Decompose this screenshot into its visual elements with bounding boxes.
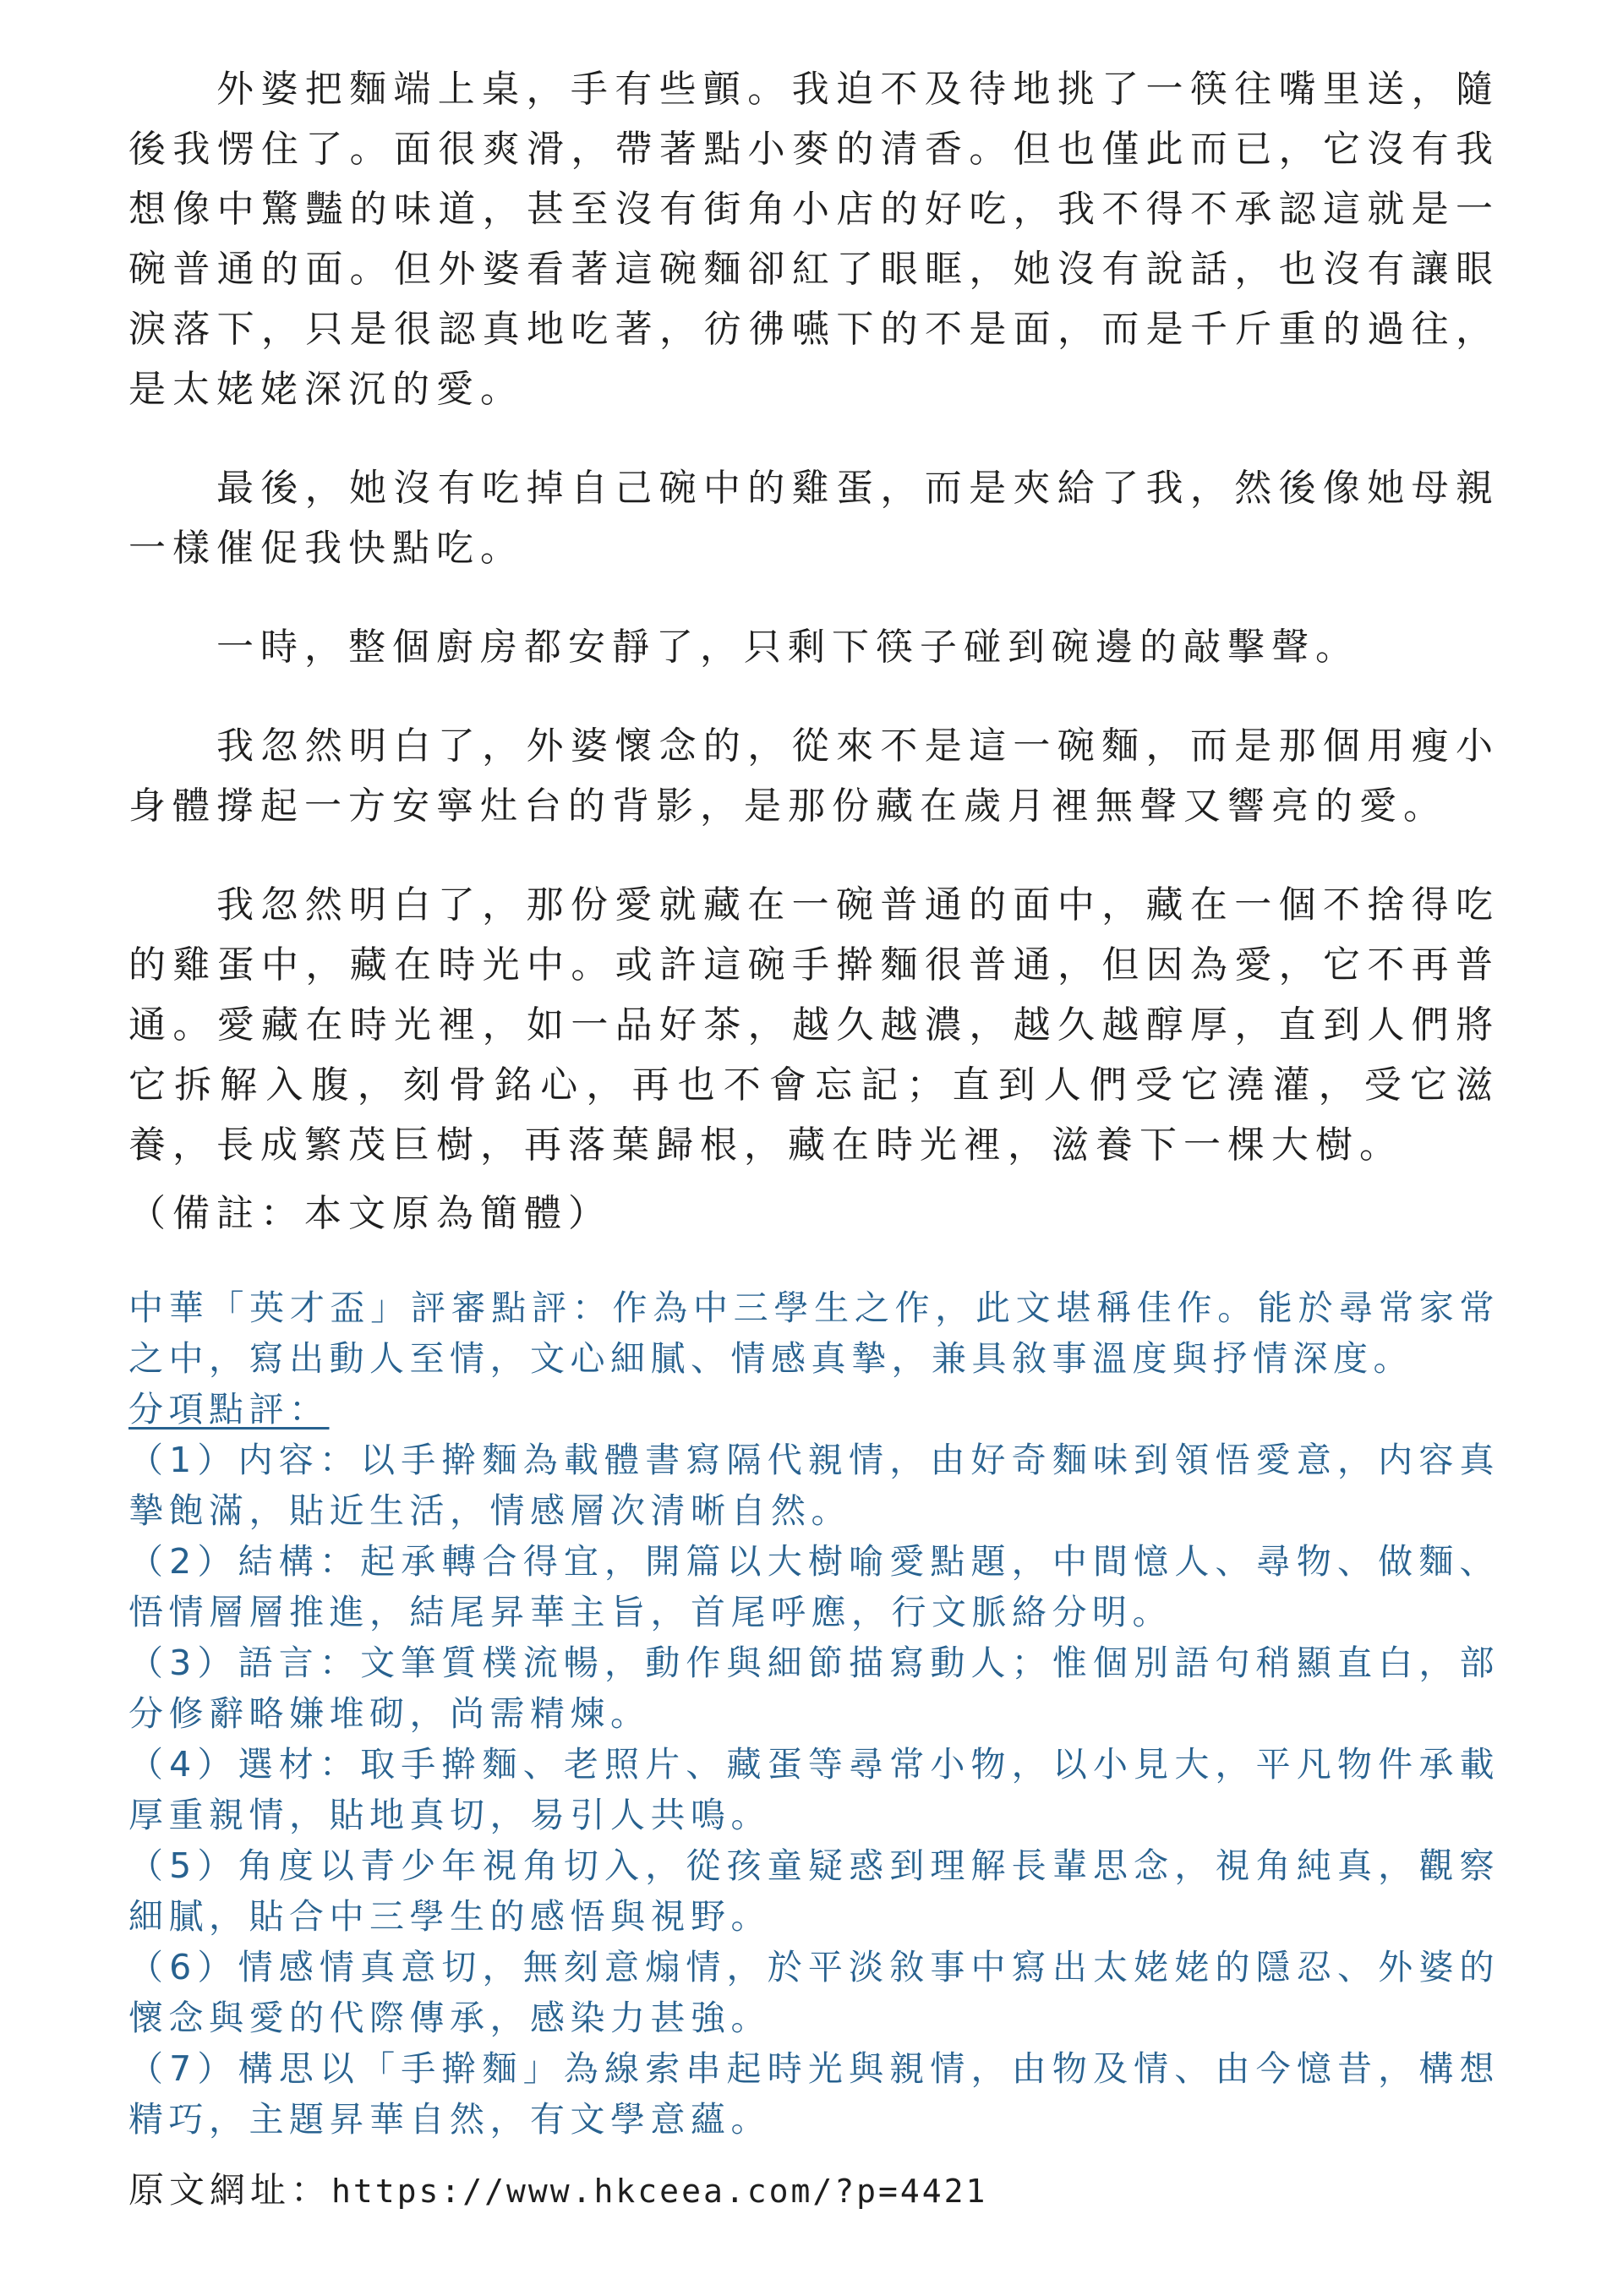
source-line: 原文網址：https://www.hkceea.com/?p=4421 [128,2167,1500,2215]
essay-paragraph: 一時，整個廚房都安靜了，只剩下筷子碰到碗邊的敲擊聲。 [128,617,1500,677]
review-item: （5）角度以青少年視角切入，從孩童疑惑到理解長輩思念，視角純真，觀察細膩，貼合中… [128,1840,1500,1942]
source-url[interactable]: https://www.hkceea.com/?p=4421 [331,2173,987,2210]
document-page: 外婆把麵端上桌，手有些顫。我迫不及待地挑了一筷往嘴里送，隨後我愣住了。面很爽滑，… [0,0,1623,2296]
document-content: 外婆把麵端上桌，手有些顫。我迫不及待地挑了一筷往嘴里送，隨後我愣住了。面很爽滑，… [128,59,1500,2215]
essay-paragraph: 最後，她沒有吃掉自己碗中的雞蛋，而是夾給了我，然後像她母親一樣催促我快點吃。 [128,458,1500,578]
review-item: （6）情感情真意切，無刻意煽情，於平淡敘事中寫出太姥姥的隱忍、外婆的懷念與愛的代… [128,1942,1500,2043]
review-item: （2）結構：起承轉合得宜，開篇以大樹喻愛點題，中間憶人、尋物、做麵、悟情層層推進… [128,1536,1500,1637]
review-section-label-line: 分項點評： [128,1384,1500,1435]
review-section: 中華「英才盃」評審點評：作為中三學生之作，此文堪稱佳作。能於尋常家常之中，寫出動… [128,1282,1500,2145]
review-item: （1）内容：以手擀麵為載體書寫隔代親情，由好奇麵味到領悟愛意，内容真摯飽滿，貼近… [128,1435,1500,1536]
essay-paragraph: 我忽然明白了，那份愛就藏在一碗普通的面中，藏在一個不捨得吃的雞蛋中，藏在時光中。… [128,875,1500,1175]
review-item: （3）語言：文筆質樸流暢，動作與細節描寫動人；惟個別語句稍顯直白，部分修辭略嫌堆… [128,1637,1500,1739]
review-item: （4）選材：取手擀麵、老照片、藏蛋等尋常小物，以小見大，平凡物件承載厚重親情，貼… [128,1739,1500,1840]
essay-paragraph: 我忽然明白了，外婆懷念的，從來不是這一碗麵，而是那個用瘦小身體撐起一方安寧灶台的… [128,716,1500,836]
essay-section: 外婆把麵端上桌，手有些顫。我迫不及待地挑了一筷往嘴里送，隨後我愣住了。面很爽滑，… [128,59,1500,1244]
essay-note: （備註：本文原為簡體） [128,1184,1500,1244]
review-section-label: 分項點評： [128,1389,330,1430]
review-intro: 中華「英才盃」評審點評：作為中三學生之作，此文堪稱佳作。能於尋常家常之中，寫出動… [128,1282,1500,1384]
source-label: 原文網址： [128,2169,331,2211]
essay-paragraph: 外婆把麵端上桌，手有些顫。我迫不及待地挑了一筷往嘴里送，隨後我愣住了。面很爽滑，… [128,59,1500,419]
review-item: （7）構思以「手擀麵」為線索串起時光與親情，由物及情、由今憶昔，構想精巧，主題昇… [128,2043,1500,2145]
